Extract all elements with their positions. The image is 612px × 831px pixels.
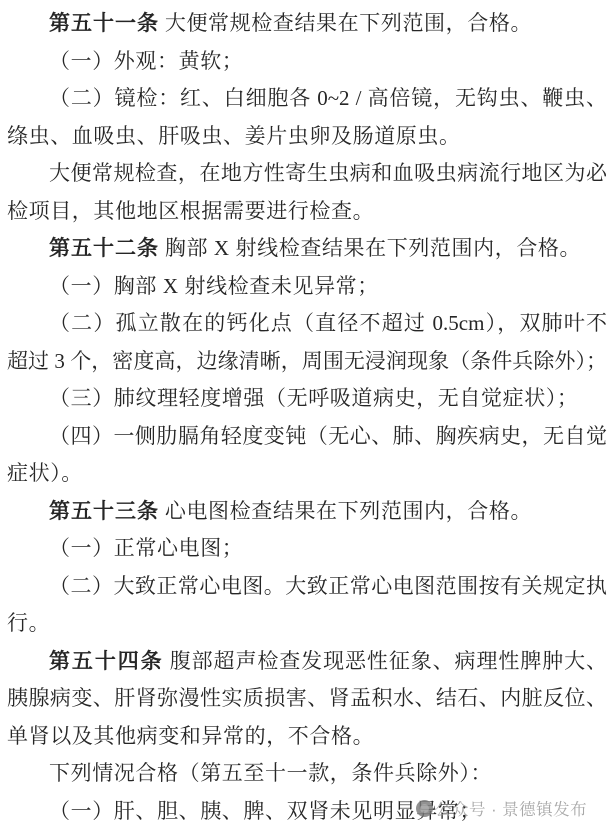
text-segment: （三）肺纹理轻度增强（无呼吸道病史，无自觉症状）；: [49, 386, 579, 410]
watermark-text: 公众号 · 景德镇发布: [435, 796, 587, 820]
text-line: 检项目，其他地区根据需要进行检查。: [7, 193, 607, 231]
text-line: 单肾以及其他病变和异常的，不合格。: [7, 718, 607, 756]
text-segment: （四）一侧肋膈角轻度变钝（无心、肺、胸疾病史，无自觉: [49, 424, 607, 448]
text-line: 绦虫、血吸虫、肝吸虫、姜片虫卵及肠道原虫。: [7, 118, 607, 156]
text-segment: 腹部超声检查发现恶性征象、病理性脾肿大、: [164, 649, 607, 673]
text-segment: 症状）。: [7, 461, 83, 485]
text-line: 症状）。: [7, 455, 607, 493]
text-line: （二）镜检：红、白细胞各 0~2 / 高倍镜，无钩虫、鞭虫、: [7, 80, 607, 118]
article-number: 第五十一条: [49, 12, 159, 35]
wechat-badge-icon: [416, 800, 433, 817]
text-segment: 大便常规检查，在地方性寄生虫病和血吸虫病流行地区为必: [49, 161, 607, 185]
text-line: （一）外观：黄软；: [7, 43, 607, 81]
text-segment: 胰腺病变、肝肾弥漫性实质损害、肾盂积水、结石、内脏反位、: [7, 686, 607, 710]
document-body: 第五十一条 大便常规检查结果在下列范围，合格。（一）外观：黄软；（二）镜检：红、…: [0, 0, 612, 830]
text-segment: 单肾以及其他病变和异常的，不合格。: [7, 724, 374, 748]
text-segment: （一）外观：黄软；: [49, 49, 243, 73]
text-segment: 胸部 X 射线检查结果在下列范围内，合格。: [159, 236, 581, 260]
text-line: （一）胸部 X 射线检查未见异常；: [7, 268, 607, 306]
text-line: （三）肺纹理轻度增强（无呼吸道病史，无自觉症状）；: [7, 380, 607, 418]
document-page: 第五十一条 大便常规检查结果在下列范围，合格。（一）外观：黄软；（二）镜检：红、…: [0, 0, 612, 831]
text-line: 胰腺病变、肝肾弥漫性实质损害、肾盂积水、结石、内脏反位、: [7, 680, 607, 718]
text-segment: （二）镜检：红、白细胞各 0~2 / 高倍镜，无钩虫、鞭虫、: [49, 86, 607, 110]
text-segment: （二）大致正常心电图。大致正常心电图范围按有关规定执: [49, 574, 607, 598]
text-segment: 超过 3 个，密度高，边缘清晰，周围无浸润现象（条件兵除外）；: [7, 349, 607, 373]
text-line: 第五十四条 腹部超声检查发现恶性征象、病理性脾肿大、: [7, 643, 607, 681]
text-line: 下列情况合格（第五至十一款，条件兵除外）：: [7, 755, 607, 793]
text-segment: 检项目，其他地区根据需要进行检查。: [7, 199, 374, 223]
text-segment: 绦虫、血吸虫、肝吸虫、姜片虫卵及肠道原虫。: [7, 124, 461, 148]
text-segment: 行。: [7, 611, 50, 635]
article-number: 第五十三条: [49, 500, 159, 523]
text-segment: 大便常规检查结果在下列范围，合格。: [159, 11, 532, 35]
text-line: 超过 3 个，密度高，边缘清晰，周围无浸润现象（条件兵除外）；: [7, 343, 607, 381]
text-line: 大便常规检查，在地方性寄生虫病和血吸虫病流行地区为必: [7, 155, 607, 193]
watermark: 公众号 · 景德镇发布: [416, 796, 587, 820]
text-line: 行。: [7, 605, 607, 643]
text-line: （四）一侧肋膈角轻度变钝（无心、肺、胸疾病史，无自觉: [7, 418, 607, 456]
text-line: 第五十二条 胸部 X 射线检查结果在下列范围内，合格。: [7, 230, 607, 268]
text-line: 第五十三条 心电图检查结果在下列范围内，合格。: [7, 493, 607, 531]
text-line: 第五十一条 大便常规检查结果在下列范围，合格。: [7, 5, 607, 43]
text-segment: （二）孤立散在的钙化点（直径不超过 0.5cm），双肺叶不: [49, 311, 607, 335]
text-segment: 心电图检查结果在下列范围内，合格。: [159, 499, 532, 523]
text-line: （一）正常心电图；: [7, 530, 607, 568]
text-segment: （一）胸部 X 射线检查未见异常；: [49, 274, 379, 298]
text-line: （二）大致正常心电图。大致正常心电图范围按有关规定执: [7, 568, 607, 606]
text-segment: 下列情况合格（第五至十一款，条件兵除外）：: [49, 761, 492, 785]
text-line: （二）孤立散在的钙化点（直径不超过 0.5cm），双肺叶不: [7, 305, 607, 343]
article-number: 第五十二条: [49, 237, 159, 260]
text-segment: （一）正常心电图；: [49, 536, 243, 560]
article-number: 第五十四条: [49, 650, 164, 673]
